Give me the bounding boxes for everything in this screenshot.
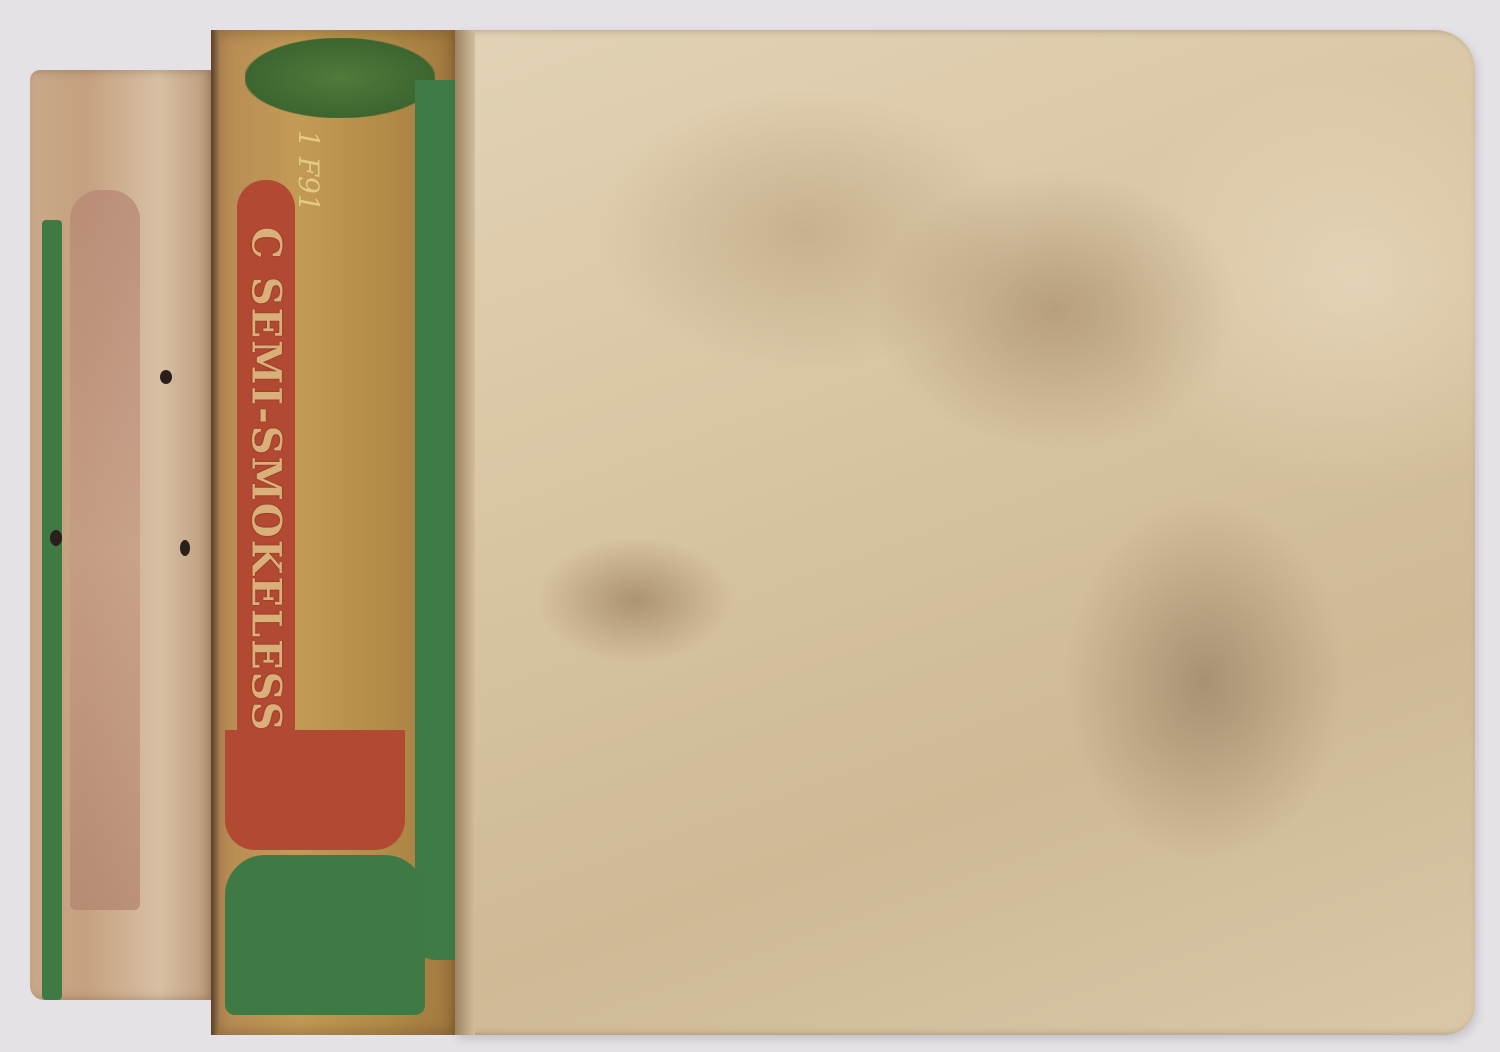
- stain-mark: [180, 540, 190, 556]
- photo: C SEMI-SMOKELESS 1 F91: [0, 0, 1500, 1052]
- box-edge: [455, 30, 475, 1035]
- handwritten-mark: 1 F91: [292, 130, 325, 212]
- brand-text: C SEMI-SMOKELESS: [243, 227, 290, 733]
- box-end-flap: [30, 70, 215, 1000]
- box-fold: [211, 30, 219, 1035]
- ammunition-box: C SEMI-SMOKELESS 1 F91: [30, 30, 1480, 1020]
- green-border-bottom: [225, 855, 425, 1015]
- faded-label: [70, 190, 140, 910]
- green-border-strip: [42, 220, 62, 1000]
- stain-mark: [160, 370, 172, 384]
- red-band: C SEMI-SMOKELESS: [237, 180, 295, 780]
- green-border: [415, 80, 455, 960]
- box-spine-panel: C SEMI-SMOKELESS 1 F91: [215, 30, 455, 1035]
- stain-mark: [50, 530, 62, 546]
- box-front-panel: [455, 30, 1475, 1035]
- green-leaf-ornament: [245, 38, 435, 118]
